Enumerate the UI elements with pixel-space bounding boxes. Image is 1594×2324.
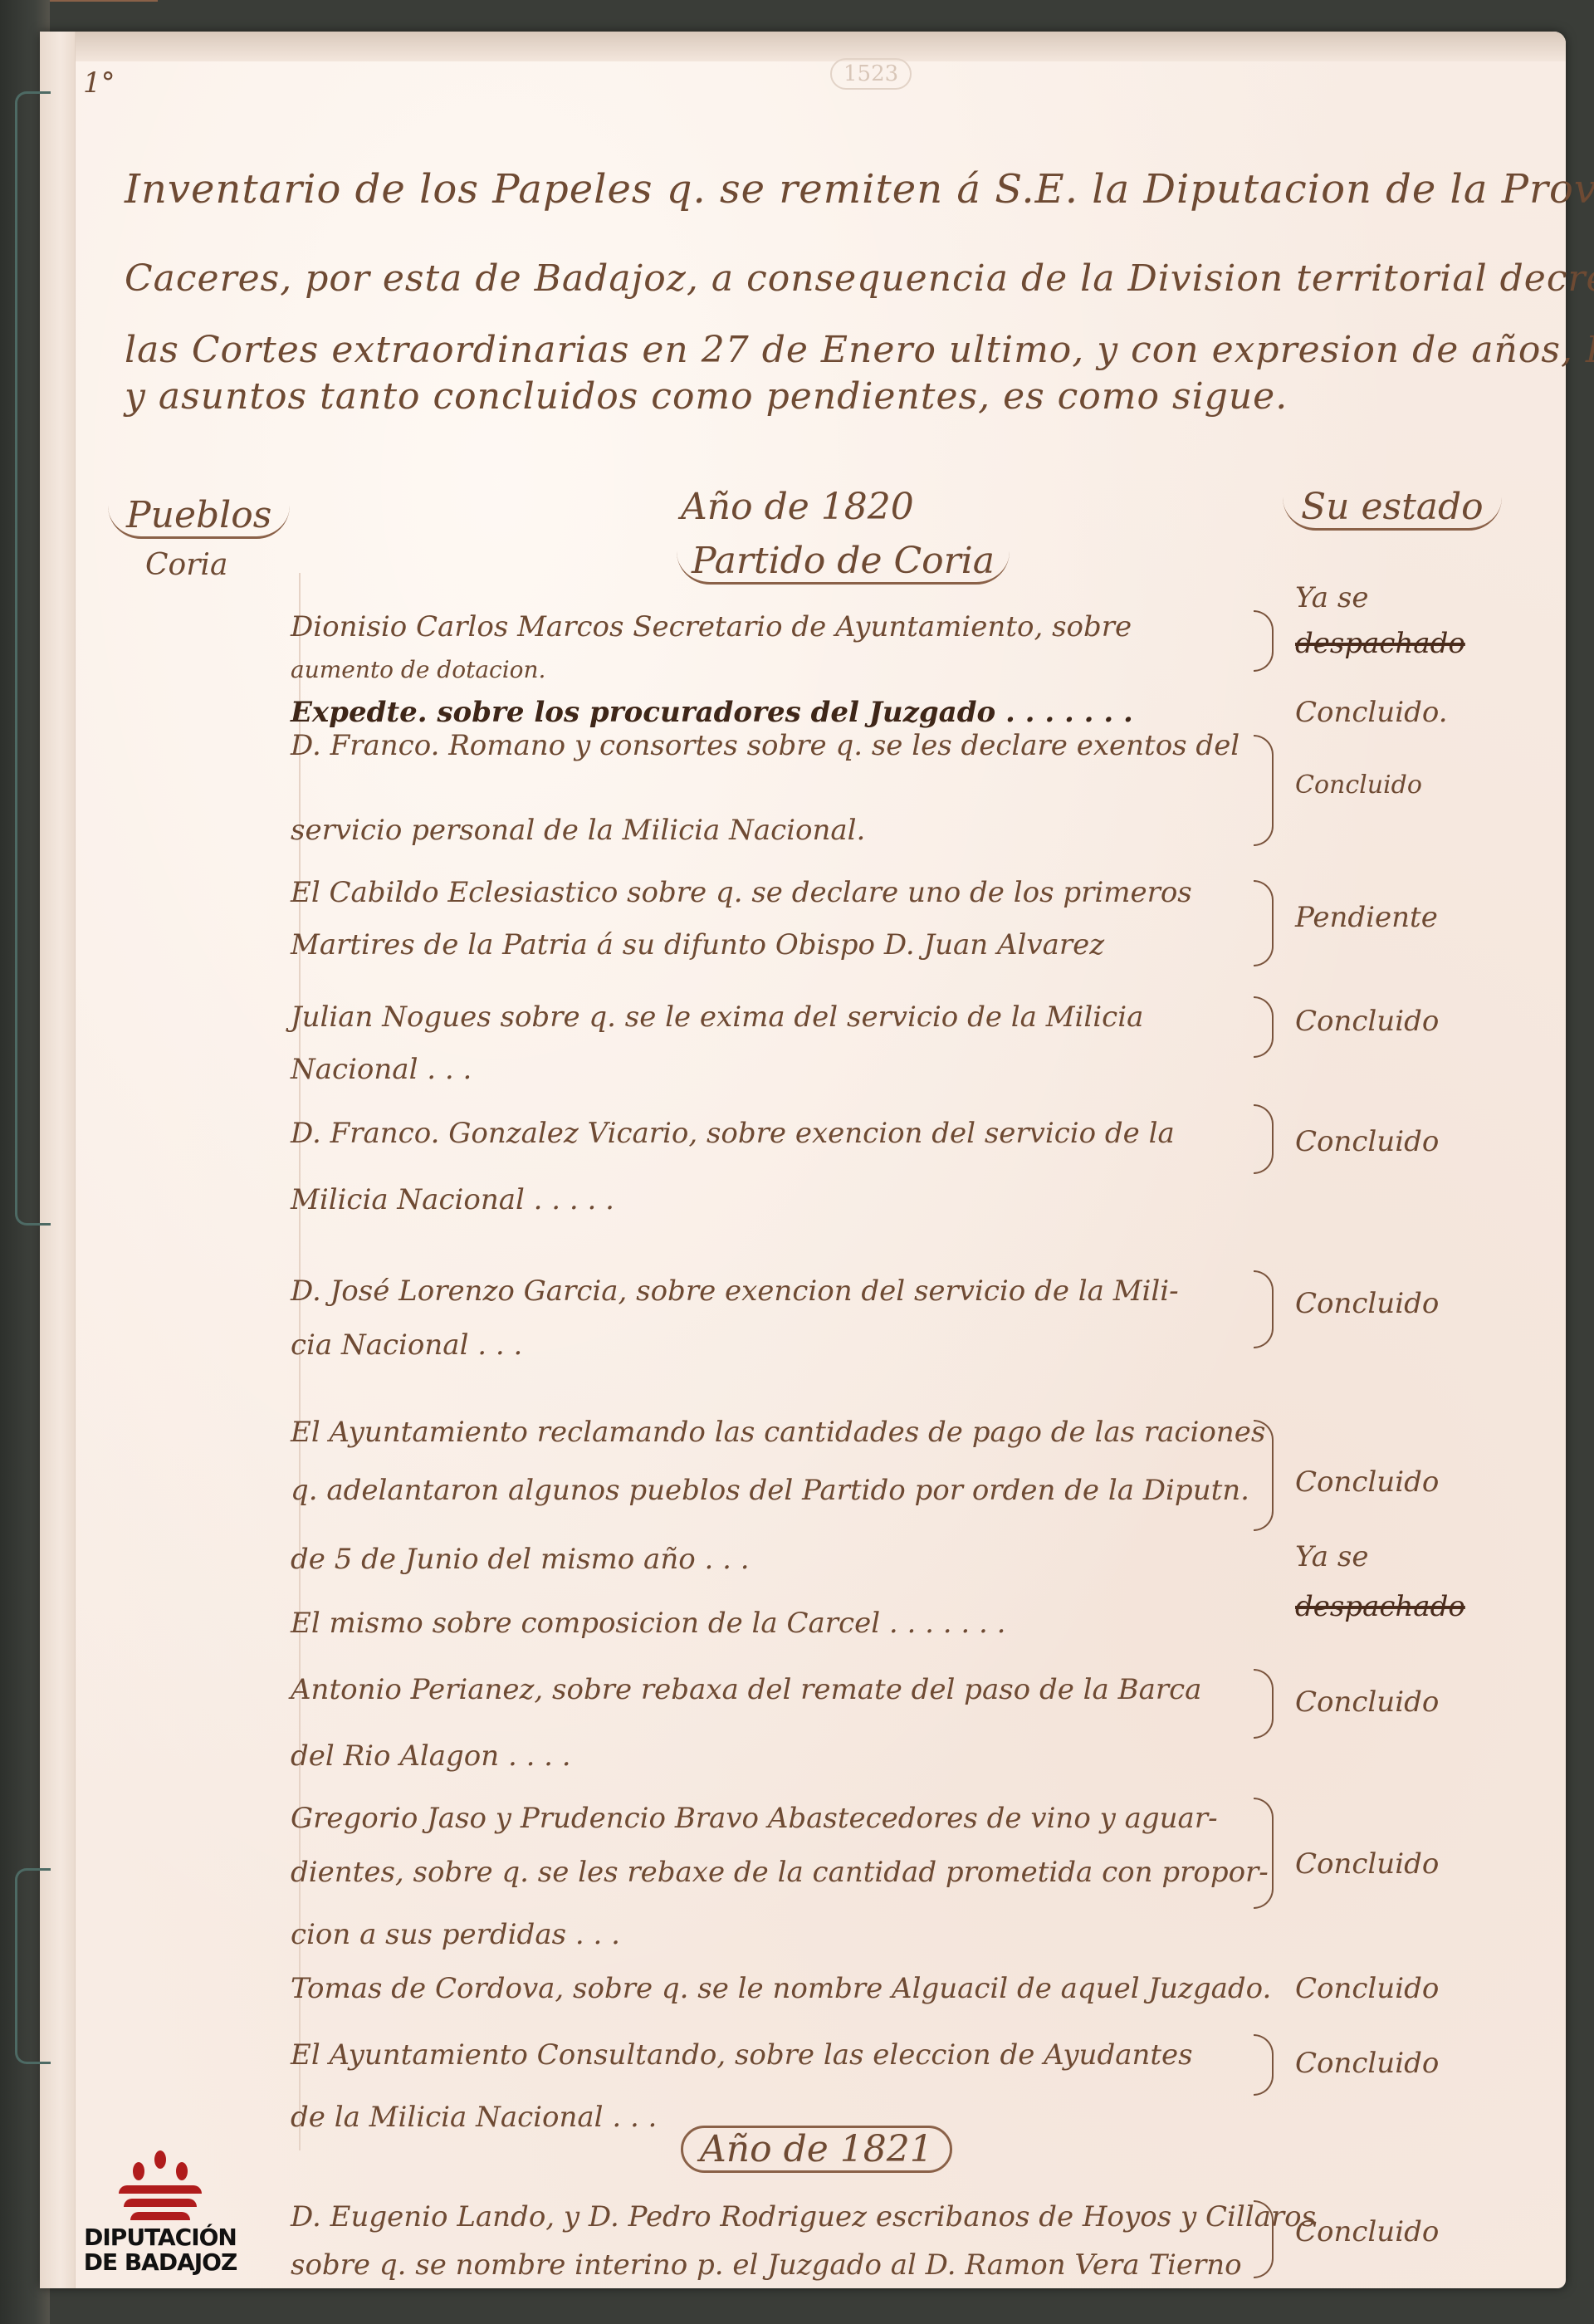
brace — [1254, 1420, 1274, 1531]
entry-4-line-2: Martires de la Patria á su difunto Obisp… — [291, 928, 1104, 961]
entry-6-status: Concluido — [1295, 1125, 1439, 1158]
folio-mark: 1° — [83, 66, 115, 100]
entry-10-line-1: Antonio Perianez, sobre rebaxa del remat… — [291, 1673, 1201, 1706]
page-top-edge — [40, 32, 1566, 61]
entry-6-line-1: D. Franco. Gonzalez Vicario, sobre exenc… — [291, 1117, 1175, 1150]
partido-heading: Partido de Coria — [677, 540, 1010, 585]
brace — [1254, 735, 1274, 846]
brace — [1254, 1669, 1274, 1739]
heading-line-1: Inventario de los Papeles q. se remiten … — [125, 166, 1594, 213]
entry-11-status: Concluido — [1295, 1847, 1439, 1881]
brace — [1254, 1104, 1274, 1174]
entry-2-status: Concluido. — [1295, 696, 1448, 729]
entry-13-line-2: de la Milicia Nacional . . . — [291, 2101, 657, 2134]
brace — [1254, 1270, 1274, 1348]
entry-14-status: Concluido — [1295, 2215, 1439, 2248]
entry-11-line-2: dientes, sobre q. se les rebaxe de la ca… — [291, 1856, 1269, 1889]
bleed-through-number: 1523 — [830, 58, 912, 90]
entry-1-status: Ya se — [1295, 581, 1368, 614]
entry-4-line-1: El Cabildo Eclesiastico sobre q. se decl… — [291, 876, 1192, 909]
entry-8-line-1: El Ayuntamiento reclamando las cantidade… — [291, 1416, 1265, 1449]
entry-1-line-1: Dionisio Carlos Marcos Secretario de Ayu… — [291, 610, 1132, 643]
entry-11-line-3: cion a sus perdidas . . . — [291, 1918, 620, 1951]
entry-9-status: Ya se — [1295, 1540, 1368, 1573]
entry-1-status-struck: despachado — [1295, 627, 1465, 660]
heading-line-2: Caceres, por esta de Badajoz, a conseque… — [125, 257, 1594, 300]
brace — [1254, 880, 1274, 966]
pueblo-name: Coria — [145, 548, 227, 582]
crown-icon — [73, 2150, 247, 2225]
entry-3-line-1: D. Franco. Romano y consortes sobre q. s… — [291, 729, 1240, 762]
entry-8-line-3: de 5 de Junio del mismo año . . . — [291, 1543, 750, 1576]
entry-10-line-2: del Rio Alagon . . . . — [291, 1739, 571, 1773]
binding-thread — [15, 91, 51, 1226]
column-header-estado: Su estado — [1283, 486, 1502, 531]
year-heading-1821: Año de 1821 — [681, 2126, 952, 2173]
entry-5-status: Concluido — [1295, 1005, 1439, 1038]
logo-text-line-1: DIPUTACIÓN — [73, 2225, 247, 2250]
binding-thread — [15, 1868, 51, 2064]
entry-7-line-2: cia Nacional . . . — [291, 1328, 522, 1362]
column-header-pueblos: Pueblos — [108, 494, 290, 539]
entry-2-line-1: Expedte. sobre los procuradores del Juzg… — [291, 696, 1133, 729]
entry-13-status: Concluido — [1295, 2047, 1439, 2080]
entry-8-line-2: q. adelantaron algunos pueblos del Parti… — [291, 1474, 1249, 1507]
entry-12-line-1: Tomas de Cordova, sobre q. se le nombre … — [291, 1972, 1271, 2005]
entry-6-line-2: Milicia Nacional . . . . . — [291, 1183, 614, 1216]
margin-rule — [299, 573, 301, 2150]
entry-4-status: Pendiente — [1295, 901, 1438, 934]
entry-3-line-2: servicio personal de la Milicia Nacional… — [291, 814, 865, 847]
entry-14-line-1: D. Eugenio Lando, y D. Pedro Rodriguez e… — [291, 2200, 1316, 2233]
entry-5-line-2: Nacional . . . — [291, 1053, 472, 1086]
logo-text-line-2: DE BADAJOZ — [73, 2250, 247, 2275]
entry-10-status: Concluido — [1295, 1686, 1439, 1719]
entry-7-status: Concluido — [1295, 1287, 1439, 1320]
entry-5-line-1: Julian Nogues sobre q. se le exima del s… — [291, 1001, 1143, 1034]
entry-8-status: Concluido — [1295, 1465, 1439, 1499]
entry-14-line-2: sobre q. se nombre interino p. el Juzgad… — [291, 2248, 1242, 2282]
entry-7-line-1: D. José Lorenzo Garcia, sobre exencion d… — [291, 1275, 1179, 1308]
entry-12-status: Concluido — [1295, 1972, 1439, 2005]
entry-3-status: Concluido — [1295, 771, 1422, 800]
entry-1-line-2: aumento de dotacion. — [291, 656, 545, 683]
diputacion-badajoz-logo: DIPUTACIÓN DE BADAJOZ — [73, 2150, 247, 2283]
entry-13-line-1: El Ayuntamiento Consultando, sobre las e… — [291, 2038, 1193, 2072]
year-heading-1820: Año de 1820 — [681, 486, 914, 528]
entry-9-line-1: El mismo sobre composicion de la Carcel … — [291, 1607, 1005, 1640]
brace — [1254, 2200, 1274, 2278]
brace — [1254, 1798, 1274, 1909]
heading-line-4: y asuntos tanto concluidos como pendient… — [125, 375, 1288, 418]
entry-11-line-1: Gregorio Jaso y Prudencio Bravo Abastece… — [291, 1802, 1218, 1835]
heading-line-3: las Cortes extraordinarias en 27 de Ener… — [125, 329, 1594, 371]
entry-9-status-struck: despachado — [1295, 1590, 1465, 1623]
